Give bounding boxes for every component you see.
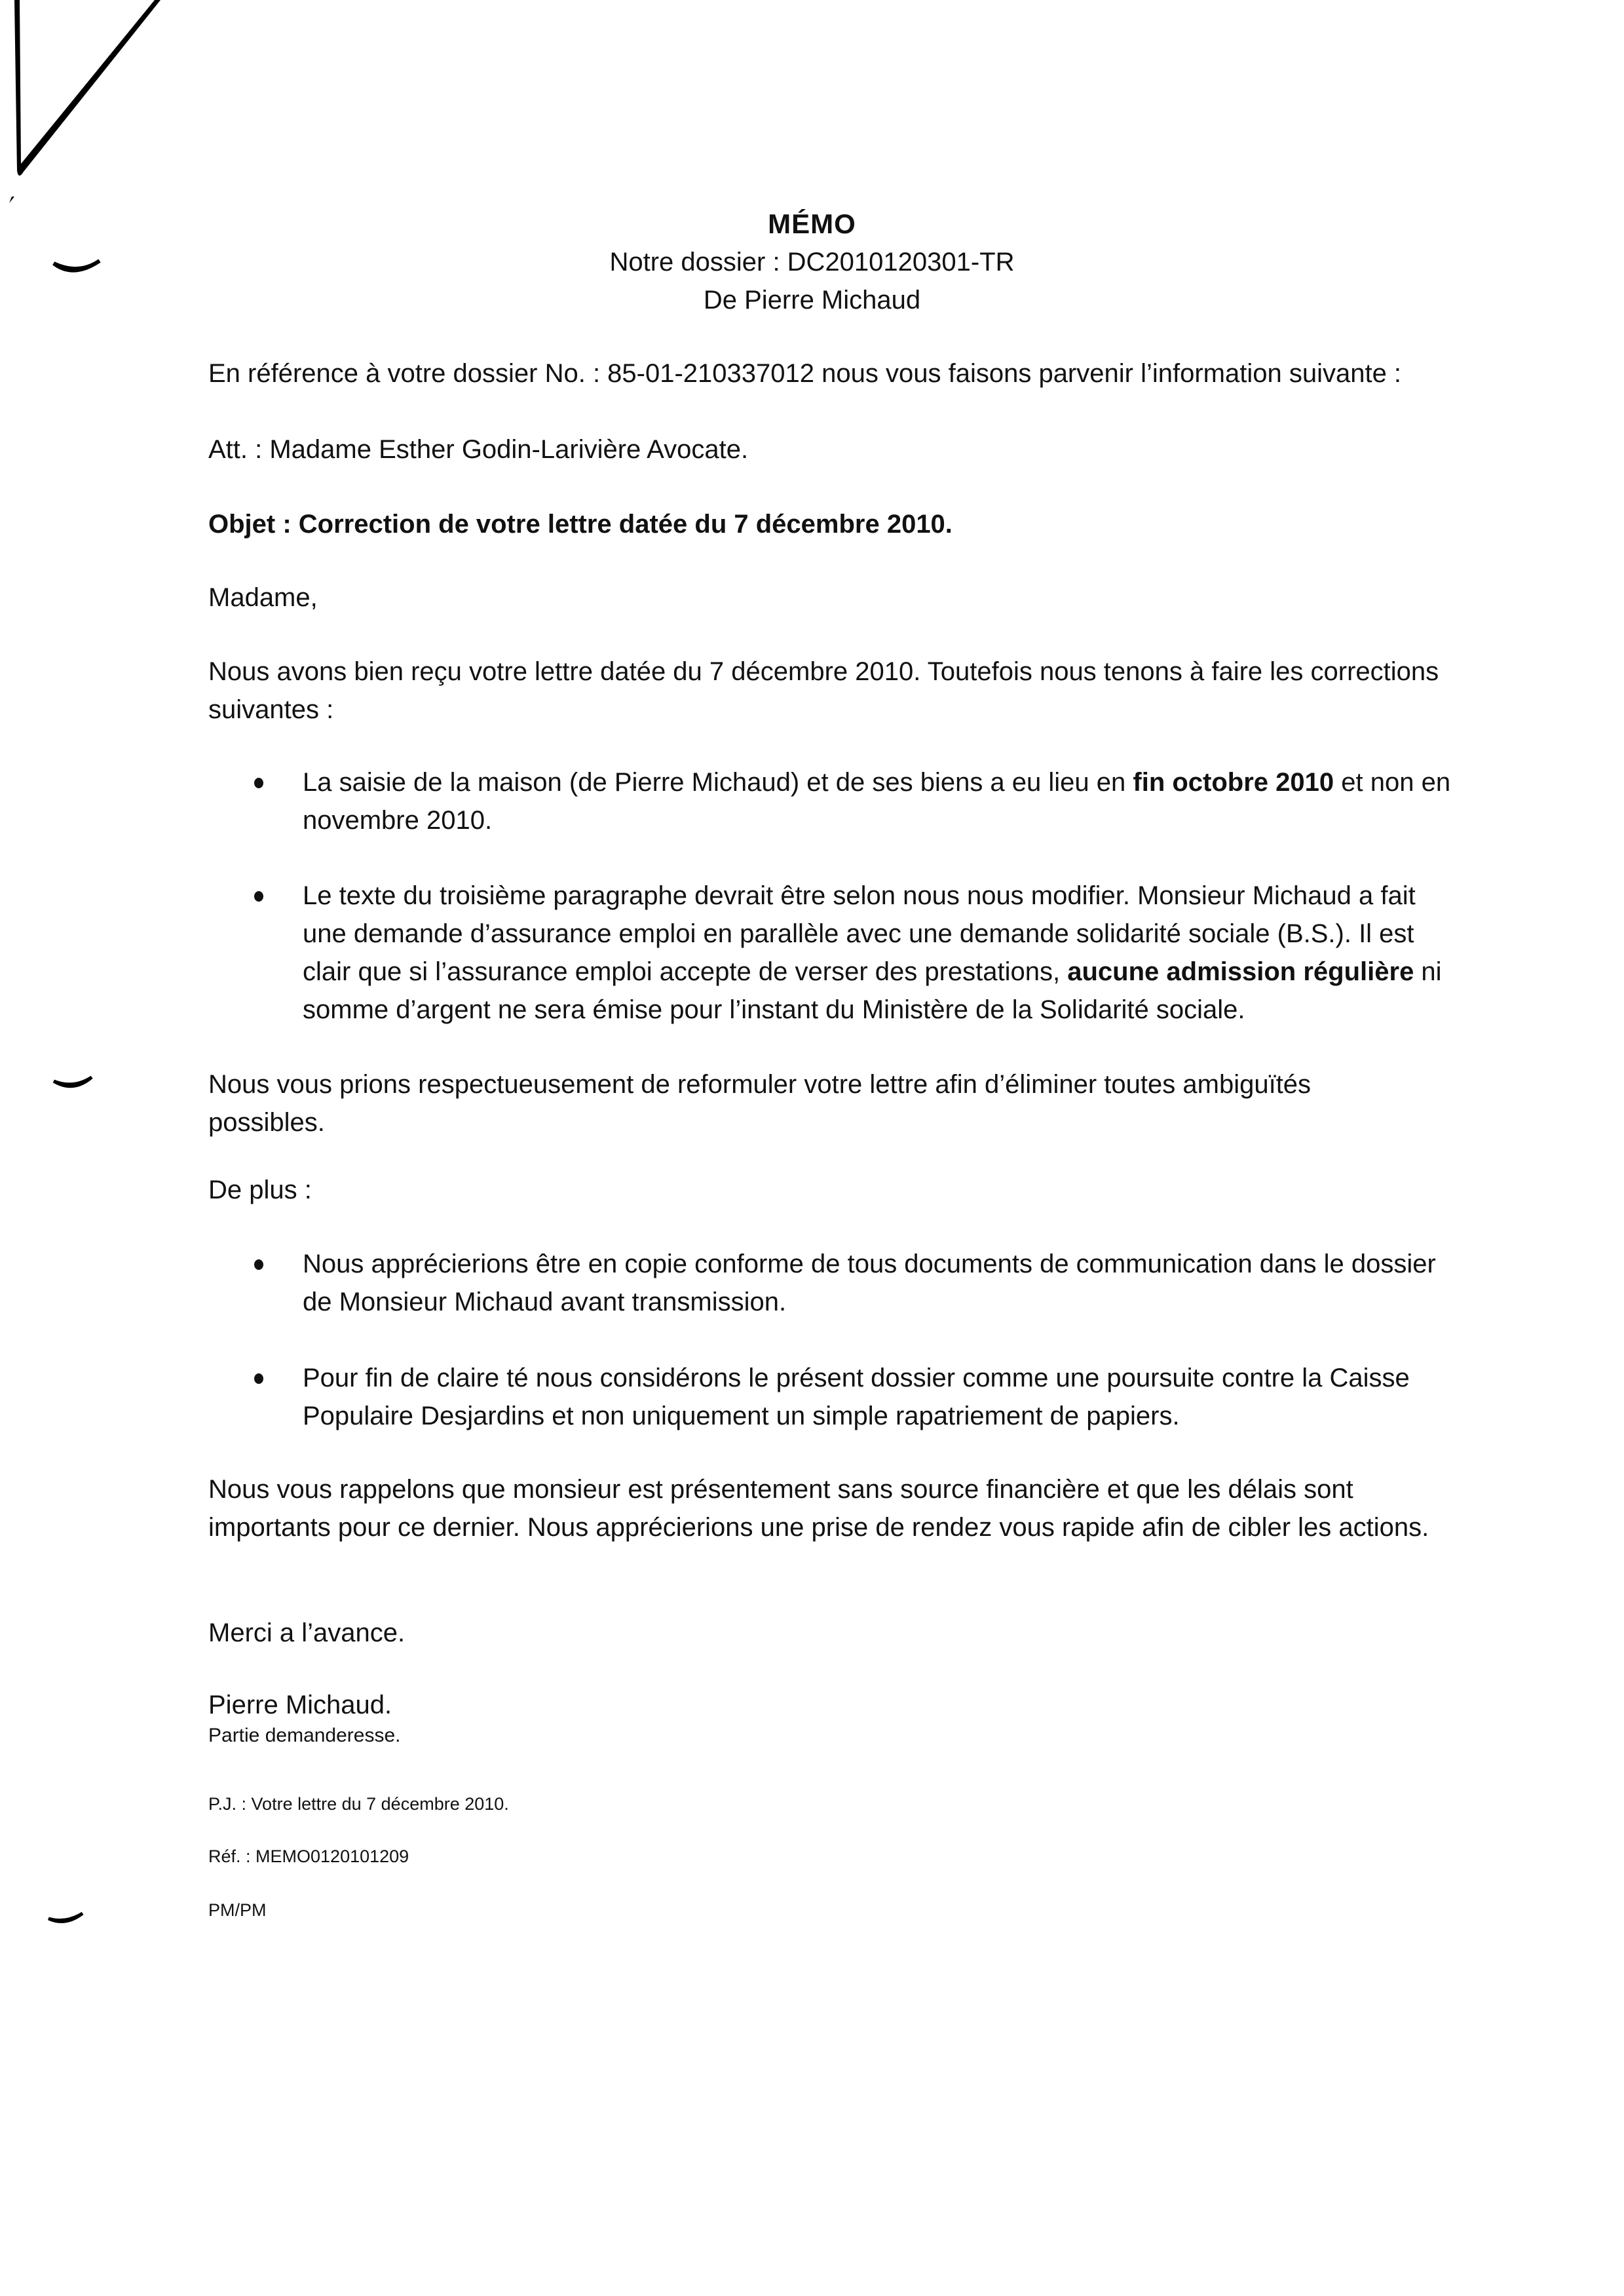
memo-title: MÉMO (0, 208, 1624, 240)
bullet-icon (254, 1259, 263, 1270)
intro-paragraph: Nous avons bien reçu votre lettre datée … (208, 653, 1453, 729)
salutation: Madame, (208, 583, 318, 613)
dossier-number: Notre dossier : DC2010120301-TR (0, 248, 1624, 277)
reference-code: Réf. : MEMO0120101209 (208, 1846, 409, 1867)
initials: PM/PM (208, 1900, 267, 1921)
corner-check-mark (14, 0, 161, 176)
attention-line: Att. : Madame Esther Godin-Larivière Avo… (208, 435, 748, 465)
correction-item: La saisie de la maison (de Pierre Michau… (254, 763, 1453, 839)
reference-line: En référence à votre dossier No. : 85-01… (208, 359, 1401, 389)
reminder-paragraph: Nous vous rappelons que monsieur est pré… (208, 1470, 1440, 1546)
memo-page: MÉMO Notre dossier : DC2010120301-TR De … (0, 0, 1624, 2296)
additional-point-item: Pour fin de claire té nous considérons l… (254, 1359, 1453, 1435)
signature-role: Partie demanderesse. (208, 1725, 401, 1747)
signature-name: Pierre Michaud. (208, 1691, 392, 1720)
punch-hole-mark-3 (48, 1913, 83, 1922)
punch-hole-mark-2 (54, 1077, 92, 1086)
correction-item: Le texte du troisième paragraphe devrait… (254, 877, 1453, 1029)
additional-point-item: Nous apprécierions être en copie conform… (254, 1245, 1453, 1321)
emphasis-text: aucune admission régulière (1067, 957, 1414, 986)
reformulate-paragraph: Nous vous prions respectueusement de ref… (208, 1065, 1401, 1141)
scan-marks (0, 0, 1624, 2296)
attachment-note: P.J. : Votre lettre du 7 décembre 2010. (208, 1794, 509, 1814)
bullet-icon (254, 891, 263, 902)
de-plus-label: De plus : (208, 1176, 312, 1205)
emphasis-text: fin octobre 2010 (1133, 768, 1334, 797)
bullet-icon (254, 1373, 263, 1384)
bullet-icon (254, 778, 263, 788)
subject-line: Objet : Correction de votre lettre datée… (208, 510, 953, 539)
memo-sender: De Pierre Michaud (0, 286, 1624, 315)
closing-line: Merci a l’avance. (208, 1618, 405, 1648)
